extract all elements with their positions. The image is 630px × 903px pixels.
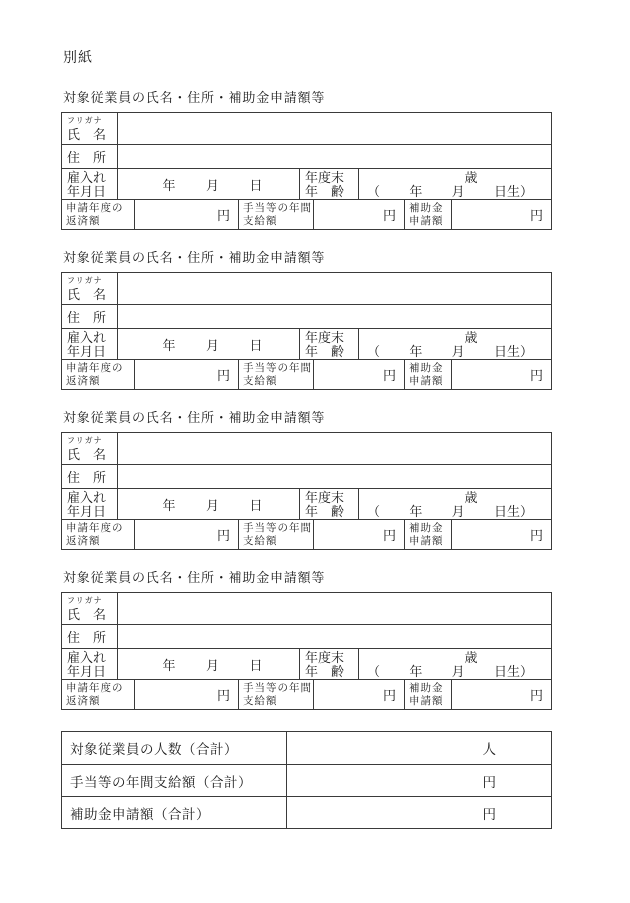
open-paren-label: （: [367, 505, 380, 519]
birth-day-suffix-label: 日生）: [494, 345, 533, 359]
name-value-cell[interactable]: [117, 593, 551, 624]
employee-table: フリガナ 氏 名 住 所 雇入れ 年月日: [61, 272, 552, 390]
document-page: 別紙 対象従業員の氏名・住所・補助金申請額等 フリガナ 氏 名 住 所: [0, 0, 630, 903]
year-unit-label: 年: [162, 175, 175, 194]
subsidy-label-cell: 補助金 申請額: [404, 680, 451, 709]
employee-section: 対象従業員の氏名・住所・補助金申請額等 フリガナ 氏 名 住 所: [61, 410, 552, 550]
name-label: 氏 名: [62, 446, 117, 463]
address-value-cell[interactable]: [117, 305, 551, 328]
hire-date-label-cell: 雇入れ 年月日: [62, 649, 117, 679]
age-label-line1: 年度末: [305, 651, 358, 665]
section-heading: 対象従業員の氏名・住所・補助金申請額等: [63, 90, 552, 106]
address-row: 住 所: [62, 144, 551, 168]
year-unit-label: 年: [162, 495, 175, 514]
summary-value-subsidy-total[interactable]: 円: [286, 797, 551, 828]
subsidy-label-cell: 補助金 申請額: [404, 200, 451, 229]
allowance-label-line2: 支給額: [243, 375, 313, 388]
yen-unit-label: 円: [383, 685, 396, 704]
subsidy-label-line1: 補助金: [409, 202, 451, 215]
yen-unit-label: 円: [217, 365, 230, 384]
hire-date-label-line2: 年月日: [67, 345, 117, 359]
age-label-line2: 年 齢: [305, 665, 358, 679]
repayment-label-line1: 申請年度の: [66, 682, 134, 695]
repayment-value-cell[interactable]: 円: [134, 200, 238, 229]
subsidy-label-line2: 申請額: [409, 375, 451, 388]
hire-date-label-cell: 雇入れ 年月日: [62, 169, 117, 199]
employee-table: フリガナ 氏 名 住 所 雇入れ 年月日: [61, 112, 552, 230]
allowance-label-cell: 手当等の年間 支給額: [238, 520, 313, 549]
open-paren-label: （: [367, 345, 380, 359]
name-row: フリガナ 氏 名: [62, 433, 551, 464]
birthdate-line: （ 年 月 日生）: [359, 665, 551, 679]
name-row: フリガナ 氏 名: [62, 593, 551, 624]
allowance-label-line2: 支給額: [243, 535, 313, 548]
subsidy-label-line1: 補助金: [409, 682, 451, 695]
address-label: 住 所: [62, 467, 106, 486]
allowance-value-cell[interactable]: 円: [313, 360, 404, 389]
hire-date-value-cell[interactable]: 年 月 日: [117, 489, 299, 519]
open-paren-label: （: [367, 185, 380, 199]
furigana-label: フリガナ: [62, 433, 117, 446]
allowance-label-cell: 手当等の年間 支給額: [238, 360, 313, 389]
age-label-line1: 年度末: [305, 331, 358, 345]
furigana-label: フリガナ: [62, 593, 117, 606]
section-heading: 対象従業員の氏名・住所・補助金申請額等: [63, 570, 552, 586]
age-label-cell: 年度末 年 齢: [299, 329, 358, 359]
year-unit-label: 年: [162, 335, 175, 354]
summary-row: 対象従業員の人数（合計） 人: [62, 732, 551, 764]
age-label-line1: 年度末: [305, 491, 358, 505]
age-label-cell: 年度末 年 齢: [299, 649, 358, 679]
address-value-cell[interactable]: [117, 145, 551, 168]
address-row: 住 所: [62, 624, 551, 648]
month-unit-label: 月: [206, 495, 219, 514]
age-value-cell[interactable]: 歳 （ 年 月 日生）: [358, 649, 551, 679]
repayment-label-line2: 返済額: [66, 535, 134, 548]
month-unit-label: 月: [206, 175, 219, 194]
hire-date-label-line1: 雇入れ: [67, 331, 117, 345]
subsidy-label-line2: 申請額: [409, 695, 451, 708]
age-value-cell[interactable]: 歳 （ 年 月 日生）: [358, 489, 551, 519]
age-label-line2: 年 齢: [305, 345, 358, 359]
allowance-value-cell[interactable]: 円: [313, 200, 404, 229]
summary-value-employee-count[interactable]: 人: [286, 732, 551, 764]
amounts-row: 申請年度の 返済額 円 手当等の年間 支給額 円 補助金: [62, 679, 551, 709]
hire-date-value-cell[interactable]: 年 月 日: [117, 649, 299, 679]
age-unit-label: 歳: [464, 650, 477, 665]
birthdate-line: （ 年 月 日生）: [359, 505, 551, 519]
name-value-cell[interactable]: [117, 273, 551, 304]
age-label-line1: 年度末: [305, 171, 358, 185]
allowance-label-cell: 手当等の年間 支給額: [238, 680, 313, 709]
birth-year-unit-label: 年: [409, 665, 422, 679]
yen-unit-label: 円: [383, 525, 396, 544]
furigana-label: フリガナ: [62, 273, 117, 286]
hire-date-label-line2: 年月日: [67, 505, 117, 519]
age-label-line2: 年 齢: [305, 505, 358, 519]
birthdate-line: （ 年 月 日生）: [359, 185, 551, 199]
day-unit-label: 日: [249, 175, 262, 194]
age-label-cell: 年度末 年 齢: [299, 169, 358, 199]
name-label: 氏 名: [62, 286, 117, 303]
summary-label-allowance-total: 手当等の年間支給額（合計）: [62, 765, 286, 796]
yen-unit-label: 円: [217, 205, 230, 224]
hire-date-value-cell[interactable]: 年 月 日: [117, 169, 299, 199]
subsidy-label-cell: 補助金 申請額: [404, 360, 451, 389]
allowance-label-line2: 支給額: [243, 215, 313, 228]
address-row: 住 所: [62, 464, 551, 488]
hire-date-label-cell: 雇入れ 年月日: [62, 329, 117, 359]
birth-month-unit-label: 月: [452, 345, 465, 359]
amounts-row: 申請年度の 返済額 円 手当等の年間 支給額 円 補助金: [62, 519, 551, 549]
subsidy-label-line1: 補助金: [409, 522, 451, 535]
repayment-value-cell[interactable]: 円: [134, 360, 238, 389]
name-label: 氏 名: [62, 126, 117, 143]
address-row: 住 所: [62, 304, 551, 328]
summary-row: 補助金申請額（合計） 円: [62, 796, 551, 828]
employee-section: 対象従業員の氏名・住所・補助金申請額等 フリガナ 氏 名 住 所: [61, 570, 552, 710]
day-unit-label: 日: [249, 495, 262, 514]
attachment-label: 別紙: [63, 47, 93, 67]
yen-unit-label: 円: [530, 205, 543, 224]
employee-section: 対象従業員の氏名・住所・補助金申請額等 フリガナ 氏 名 住 所: [61, 90, 552, 230]
yen-unit-label: 円: [530, 525, 543, 544]
birth-day-suffix-label: 日生）: [494, 505, 533, 519]
birth-year-unit-label: 年: [409, 185, 422, 199]
yen-unit-label: 円: [530, 685, 543, 704]
name-label-cell: フリガナ 氏 名: [62, 273, 117, 304]
age-value-cell[interactable]: 歳 （ 年 月 日生）: [358, 169, 551, 199]
subsidy-value-cell[interactable]: 円: [451, 200, 551, 229]
allowance-value-cell[interactable]: 円: [313, 520, 404, 549]
subsidy-value-cell[interactable]: 円: [451, 680, 551, 709]
name-value-cell[interactable]: [117, 433, 551, 464]
employee-table: フリガナ 氏 名 住 所 雇入れ 年月日: [61, 592, 552, 710]
repayment-label-cell: 申請年度の 返済額: [62, 200, 134, 229]
address-label: 住 所: [62, 307, 106, 326]
birth-month-unit-label: 月: [452, 185, 465, 199]
name-label-cell: フリガナ 氏 名: [62, 113, 117, 144]
name-label-cell: フリガナ 氏 名: [62, 593, 117, 624]
age-label-cell: 年度末 年 齢: [299, 489, 358, 519]
allowance-label-line1: 手当等の年間: [243, 682, 313, 695]
name-label: 氏 名: [62, 606, 117, 623]
hire-date-value-cell[interactable]: 年 月 日: [117, 329, 299, 359]
allowance-label-cell: 手当等の年間 支給額: [238, 200, 313, 229]
hire-date-label-line1: 雇入れ: [67, 651, 117, 665]
yen-unit-label: 円: [383, 205, 396, 224]
summary-label-employee-count: 対象従業員の人数（合計）: [62, 732, 286, 764]
birthdate-line: （ 年 月 日生）: [359, 345, 551, 359]
age-value-cell[interactable]: 歳 （ 年 月 日生）: [358, 329, 551, 359]
age-unit-label: 歳: [464, 330, 477, 345]
repayment-label-cell: 申請年度の 返済額: [62, 520, 134, 549]
person-unit-label: 人: [483, 738, 497, 758]
repayment-label-line1: 申請年度の: [66, 362, 134, 375]
yen-unit-label: 円: [217, 685, 230, 704]
name-label-cell: フリガナ 氏 名: [62, 433, 117, 464]
yen-unit-label: 円: [217, 525, 230, 544]
subsidy-value-cell[interactable]: 円: [451, 360, 551, 389]
furigana-label: フリガナ: [62, 113, 117, 126]
birth-year-unit-label: 年: [409, 505, 422, 519]
day-unit-label: 日: [249, 335, 262, 354]
repayment-label-line1: 申請年度の: [66, 202, 134, 215]
repayment-value-cell[interactable]: 円: [134, 520, 238, 549]
hire-date-age-row: 雇入れ 年月日 年 月 日 年度末 年 齢 歳: [62, 488, 551, 519]
birth-day-suffix-label: 日生）: [494, 665, 533, 679]
yen-unit-label: 円: [483, 771, 497, 791]
section-heading: 対象従業員の氏名・住所・補助金申請額等: [63, 250, 552, 266]
repayment-label-line2: 返済額: [66, 695, 134, 708]
summary-table: 対象従業員の人数（合計） 人 手当等の年間支給額（合計） 円 補助金申請額（合計…: [61, 731, 552, 829]
allowance-label-line1: 手当等の年間: [243, 522, 313, 535]
repayment-label-line2: 返済額: [66, 215, 134, 228]
repayment-label-cell: 申請年度の 返済額: [62, 680, 134, 709]
name-row: フリガナ 氏 名: [62, 113, 551, 144]
yen-unit-label: 円: [383, 365, 396, 384]
allowance-label-line1: 手当等の年間: [243, 202, 313, 215]
address-label: 住 所: [62, 627, 106, 646]
allowance-label-line1: 手当等の年間: [243, 362, 313, 375]
allowance-value-cell[interactable]: 円: [313, 680, 404, 709]
year-unit-label: 年: [162, 655, 175, 674]
yen-unit-label: 円: [483, 803, 497, 823]
address-label-cell: 住 所: [62, 305, 117, 328]
age-unit-label: 歳: [464, 170, 477, 185]
day-unit-label: 日: [249, 655, 262, 674]
address-label-cell: 住 所: [62, 625, 117, 648]
birth-month-unit-label: 月: [452, 505, 465, 519]
employee-sections: 対象従業員の氏名・住所・補助金申請額等 フリガナ 氏 名 住 所: [61, 90, 552, 730]
hire-date-label-line2: 年月日: [67, 185, 117, 199]
address-label-cell: 住 所: [62, 145, 117, 168]
hire-date-label-cell: 雇入れ 年月日: [62, 489, 117, 519]
month-unit-label: 月: [206, 335, 219, 354]
age-label-line2: 年 齢: [305, 185, 358, 199]
birth-day-suffix-label: 日生）: [494, 185, 533, 199]
subsidy-label-line1: 補助金: [409, 362, 451, 375]
allowance-label-line2: 支給額: [243, 695, 313, 708]
employee-table: フリガナ 氏 名 住 所 雇入れ 年月日: [61, 432, 552, 550]
birth-month-unit-label: 月: [452, 665, 465, 679]
hire-date-label-line2: 年月日: [67, 665, 117, 679]
address-label-cell: 住 所: [62, 465, 117, 488]
hire-date-age-row: 雇入れ 年月日 年 月 日 年度末 年 齢 歳: [62, 168, 551, 199]
birth-year-unit-label: 年: [409, 345, 422, 359]
subsidy-label-line2: 申請額: [409, 535, 451, 548]
open-paren-label: （: [367, 665, 380, 679]
repayment-label-line1: 申請年度の: [66, 522, 134, 535]
subsidy-value-cell[interactable]: 円: [451, 520, 551, 549]
summary-row: 手当等の年間支給額（合計） 円: [62, 764, 551, 796]
hire-date-label-line1: 雇入れ: [67, 171, 117, 185]
employee-section: 対象従業員の氏名・住所・補助金申請額等 フリガナ 氏 名 住 所: [61, 250, 552, 390]
address-value-cell[interactable]: [117, 625, 551, 648]
subsidy-label-line2: 申請額: [409, 215, 451, 228]
address-value-cell[interactable]: [117, 465, 551, 488]
subsidy-label-cell: 補助金 申請額: [404, 520, 451, 549]
hire-date-age-row: 雇入れ 年月日 年 月 日 年度末 年 齢 歳: [62, 328, 551, 359]
amounts-row: 申請年度の 返済額 円 手当等の年間 支給額 円 補助金: [62, 199, 551, 229]
amounts-row: 申請年度の 返済額 円 手当等の年間 支給額 円 補助金: [62, 359, 551, 389]
name-value-cell[interactable]: [117, 113, 551, 144]
name-row: フリガナ 氏 名: [62, 273, 551, 304]
repayment-label-line2: 返済額: [66, 375, 134, 388]
repayment-label-cell: 申請年度の 返済額: [62, 360, 134, 389]
address-label: 住 所: [62, 147, 106, 166]
yen-unit-label: 円: [530, 365, 543, 384]
summary-value-allowance-total[interactable]: 円: [286, 765, 551, 796]
summary-label-subsidy-total: 補助金申請額（合計）: [62, 797, 286, 828]
section-heading: 対象従業員の氏名・住所・補助金申請額等: [63, 410, 552, 426]
hire-date-age-row: 雇入れ 年月日 年 月 日 年度末 年 齢 歳: [62, 648, 551, 679]
hire-date-label-line1: 雇入れ: [67, 491, 117, 505]
age-unit-label: 歳: [464, 490, 477, 505]
month-unit-label: 月: [206, 655, 219, 674]
repayment-value-cell[interactable]: 円: [134, 680, 238, 709]
